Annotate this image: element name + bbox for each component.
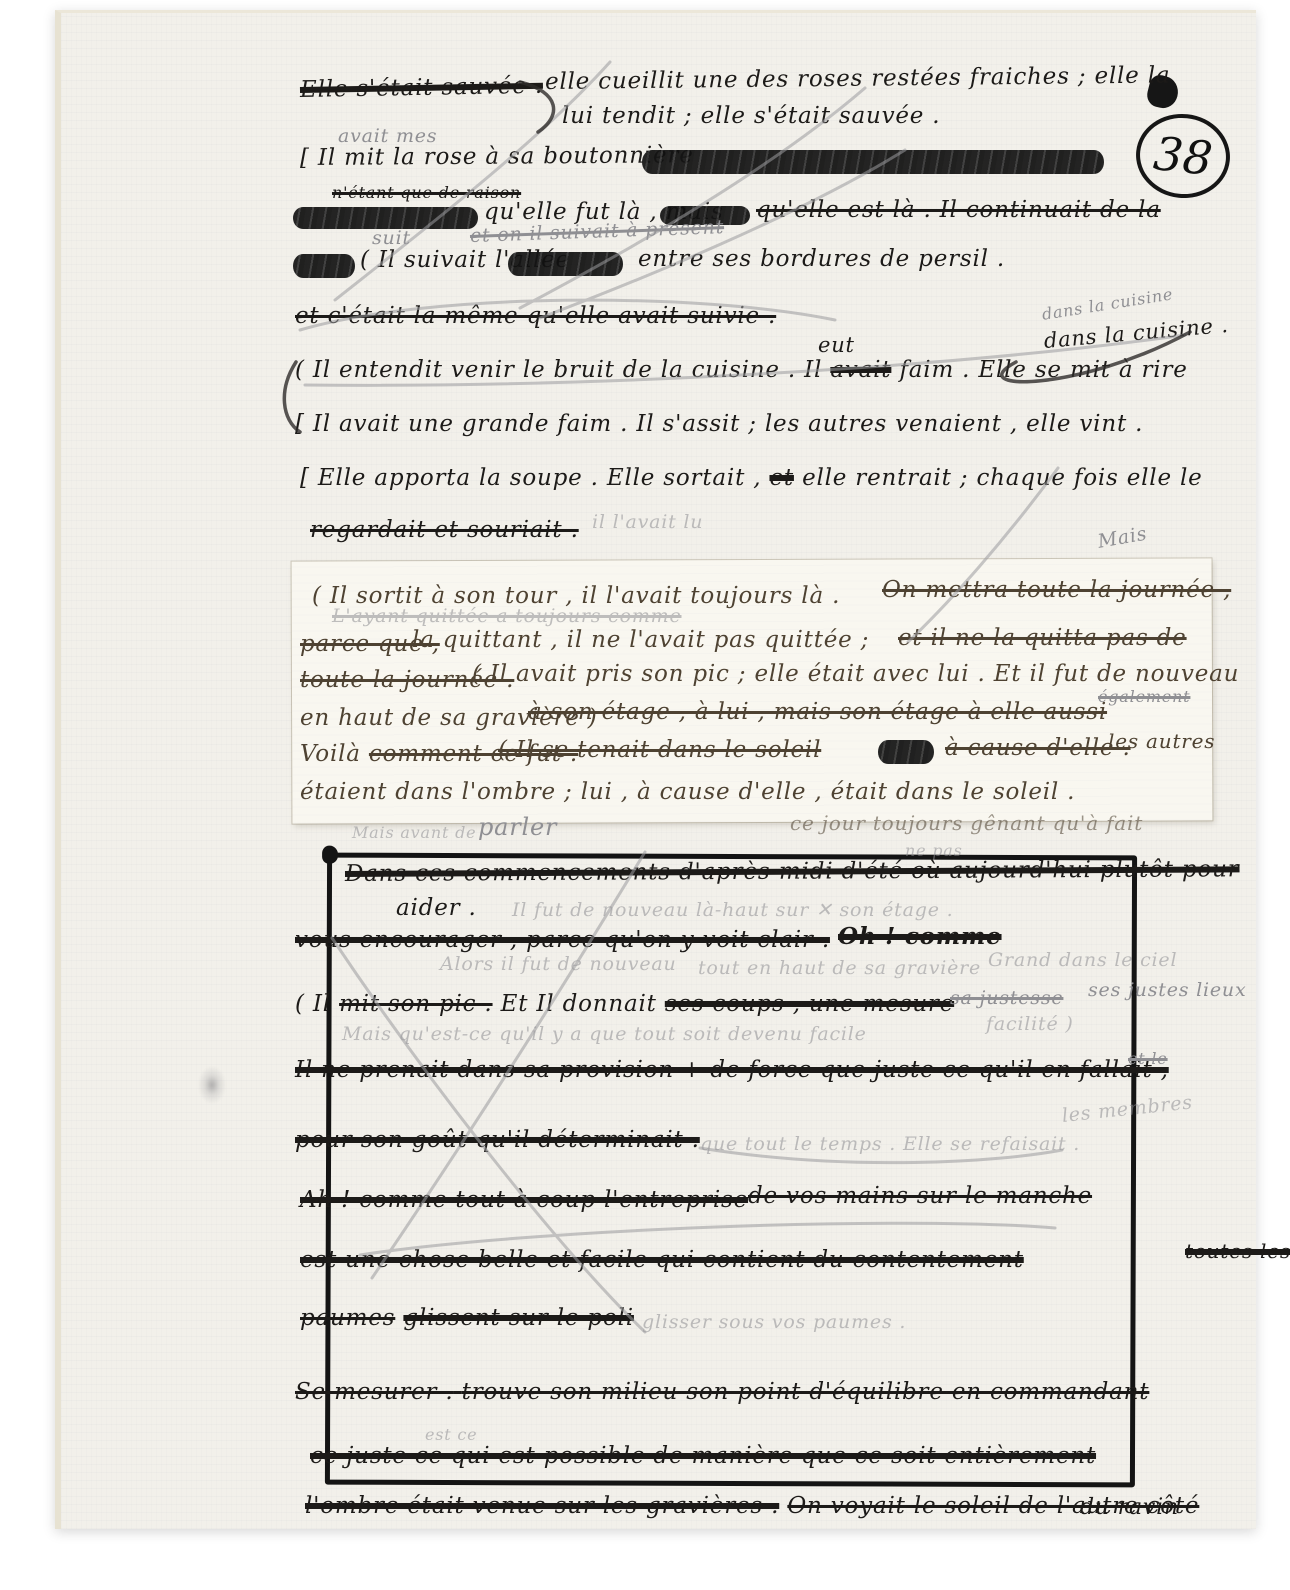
pencil-note: Alors il fut de nouveau: [440, 954, 677, 975]
ink-line: [ Il mit la rose à sa boutonnière: [300, 143, 694, 171]
text-segment: Voilà: [300, 741, 361, 767]
pencil-note: ses justes lieux: [1088, 980, 1246, 1001]
ink-insertion: eut: [818, 334, 855, 357]
ink-line: ( Il entendit venir le bruit de la cuisi…: [295, 358, 1188, 383]
pencil-note: suit: [372, 228, 411, 249]
framed-line: vous encourager , parce qu'on y voit cla…: [295, 928, 830, 953]
paste-line: ( Il avait pris son pic ; elle était ave…: [472, 662, 1239, 687]
paste-line: les autres: [1108, 730, 1215, 752]
paste-line: la quittant , il ne l'avait pas quittée …: [412, 628, 869, 653]
ink-line: qu'elle est là . Il continuait de la: [756, 198, 1161, 223]
framed-line: Il ne prenait dans sa provision + de for…: [295, 1058, 1169, 1083]
text-segment-struck: mit son pic .: [339, 991, 492, 1017]
scribbled-out-text: [642, 150, 1104, 174]
pencil-note: tout en haut de sa gravière: [698, 958, 981, 979]
framed-line: est une chose belle et facile qui contie…: [300, 1248, 1024, 1273]
framed-line: ce juste ce qui est possible de manière …: [310, 1444, 1096, 1469]
text-segment-struck: glissent sur le poli: [403, 1305, 634, 1331]
framed-line: pour son goût qu'il déterminait .: [295, 1128, 700, 1153]
ink-line: regardait et souriait .: [310, 518, 579, 543]
ink-line: entre ses bordures de persil .: [638, 247, 1005, 272]
text-segment-struck: paumes: [300, 1305, 395, 1331]
text-segment: ( Il: [295, 991, 331, 1017]
manuscript-page-scan: 38 Elle s'était sauvée . elle cueillit u…: [0, 0, 1290, 1590]
pencil-note: sa justesse: [950, 988, 1063, 1009]
ink-line: Elle s'était sauvée .: [300, 74, 543, 104]
text-segment: [ Elle apporta la soupe . Elle sortait ,: [300, 465, 761, 491]
framed-line: Dans ces commencements d'après-midi d'ét…: [345, 857, 1240, 887]
scribbled-out-text: [293, 207, 478, 229]
ink-line: et c'était la même qu'elle avait suivie …: [295, 304, 776, 329]
framed-line: de vos mains sur le manche: [748, 1184, 1092, 1209]
scribbled-out-text: [878, 740, 934, 764]
framed-line: Se mesurer . trouve son milieu son point…: [295, 1380, 1149, 1405]
paste-line: à son étage , à lui , mais son étage à e…: [528, 700, 1107, 725]
framed-line: Ah ! comme tout à coup l'entreprise: [300, 1188, 748, 1213]
framed-line: aider .: [396, 896, 477, 921]
text-segment: trouve son milieu son point d'équilibre …: [462, 1379, 1150, 1405]
pencil-note: il l'avait lu: [592, 512, 703, 533]
pencil-note: parler: [478, 814, 557, 840]
text-segment: ( Il entendit venir le bruit de la cuisi…: [295, 357, 822, 383]
paste-line: étaient dans l'ombre ; lui , à cause d'e…: [300, 780, 1075, 805]
pencil-note: facilité ): [986, 1014, 1074, 1035]
paste-line: et il ne la quitta pas de: [898, 626, 1187, 651]
framed-line: Oh ! comme: [838, 924, 1002, 949]
text-segment-struck: l'ombre était venue sur les gravières .: [305, 1493, 779, 1519]
framed-line: l'ombre était venue sur les gravières . …: [305, 1494, 1199, 1519]
scribbled-out-text: [508, 252, 623, 276]
framed-line: paumes glissent sur le poli: [300, 1306, 634, 1331]
ink-line: lui tendit ; elle s'était sauvée .: [562, 104, 940, 129]
text-segment: elle rentrait ; chaque fois elle le: [802, 465, 1203, 491]
paste-line: à cause d'elle .: [945, 736, 1131, 761]
paste-line: On mettra toute la journée ,: [882, 578, 1231, 603]
pencil-note: L'ayant quittée a toujours comme: [332, 606, 682, 627]
page-number-text: 38: [1151, 126, 1215, 186]
ink-line: [ Il avait une grande faim . Il s'assit …: [295, 412, 1143, 437]
pencil-note: glisser sous vos paumes .: [642, 1312, 906, 1333]
pencil-note: est ce: [425, 1426, 477, 1444]
pencil-note: Mais avant de: [352, 824, 476, 842]
text-segment-struck: et: [769, 465, 793, 491]
bottom-note: du ravin: [1080, 1496, 1179, 1520]
pencil-note: que tout le temps . Elle se refaisait .: [700, 1134, 1080, 1155]
pencil-note: Mais qu'est-ce qu'il y a que tout soit d…: [342, 1024, 867, 1045]
paste-line: ( Il se tenait dans le soleil: [498, 738, 821, 763]
pencil-note: également: [1098, 688, 1190, 706]
scribbled-out-text: [293, 254, 355, 278]
text-segment-struck: ses coups , une mesure: [665, 991, 954, 1017]
text-segment: Se mesurer .: [295, 1379, 454, 1405]
text-segment: faim . Elle se mit à rire: [899, 357, 1187, 383]
pencil-note: Grand dans le ciel: [988, 950, 1177, 971]
framed-line: toutes les: [1185, 1240, 1290, 1262]
framed-line: ( Il mit son pic . Et Il donnait ses cou…: [295, 992, 954, 1017]
ink-line: [ Elle apporta la soupe . Elle sortait ,…: [300, 466, 1203, 491]
text-segment: Et Il donnait: [501, 991, 657, 1017]
margin-smudge: [198, 1066, 226, 1104]
pencil-note: et le: [1128, 1050, 1168, 1068]
faded-line: ce jour toujours gênant qu'à fait: [790, 812, 1143, 834]
pencil-note: Il fut de nouveau là-haut sur ✕ son étag…: [512, 900, 953, 921]
text-segment-struck: avait: [830, 357, 891, 383]
